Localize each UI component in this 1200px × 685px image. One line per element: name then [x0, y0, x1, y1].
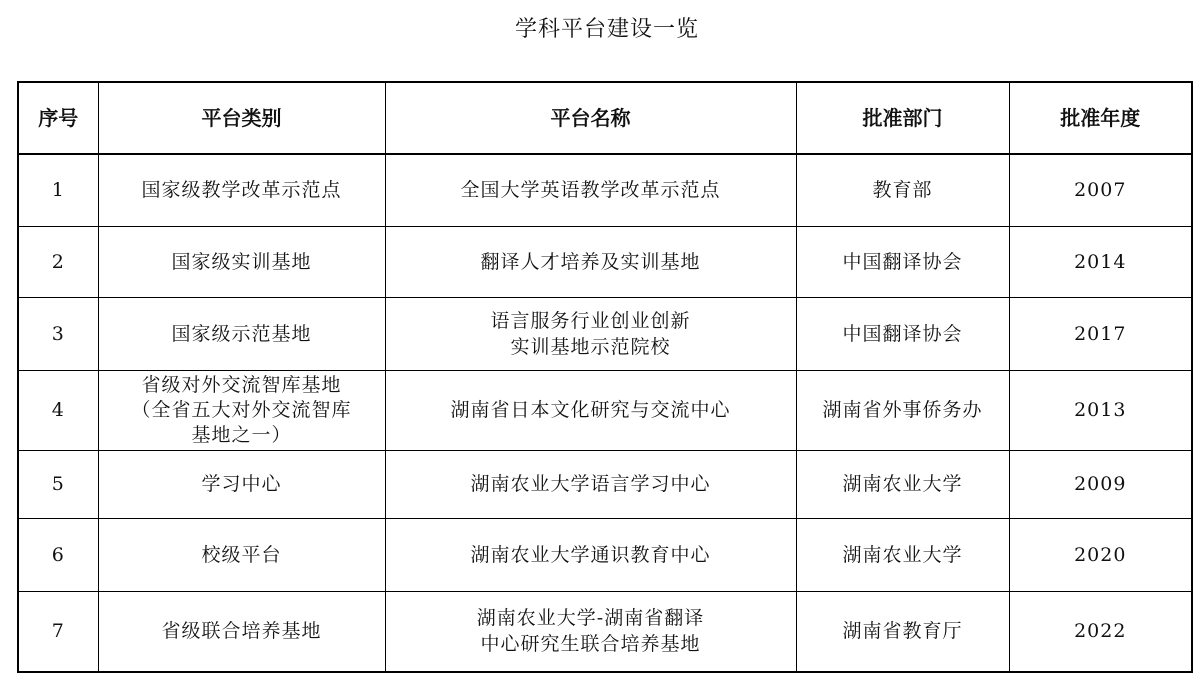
- cell-no: 3: [18, 297, 98, 370]
- cell-dept: 湖南省教育厅: [796, 591, 1009, 672]
- header-category: 平台类别: [98, 82, 385, 154]
- table-row: 6 校级平台 湖南农业大学通识教育中心 湖南农业大学 2020: [18, 518, 1192, 591]
- cell-no: 5: [18, 450, 98, 518]
- cell-year: 2020: [1009, 518, 1192, 591]
- cell-year: 2014: [1009, 226, 1192, 297]
- cell-dept: 教育部: [796, 154, 1009, 226]
- cell-category: 省级对外交流智库基地（全省五大对外交流智库基地之一）: [98, 370, 385, 450]
- cell-year: 2017: [1009, 297, 1192, 370]
- cell-name: 湖南农业大学语言学习中心: [385, 450, 796, 518]
- cell-year: 2007: [1009, 154, 1192, 226]
- cell-no: 7: [18, 591, 98, 672]
- cell-no: 4: [18, 370, 98, 450]
- cell-year: 2009: [1009, 450, 1192, 518]
- cell-year: 2022: [1009, 591, 1192, 672]
- cell-name: 语言服务行业创业创新实训基地示范院校: [385, 297, 796, 370]
- cell-name: 湖南省日本文化研究与交流中心: [385, 370, 796, 450]
- cell-dept: 湖南省外事侨务办: [796, 370, 1009, 450]
- header-no: 序号: [18, 82, 98, 154]
- cell-no: 6: [18, 518, 98, 591]
- cell-category: 省级联合培养基地: [98, 591, 385, 672]
- cell-dept: 湖南农业大学: [796, 518, 1009, 591]
- header-year: 批准年度: [1009, 82, 1192, 154]
- page-title: 学科平台建设一览: [0, 12, 1200, 43]
- cell-category: 国家级教学改革示范点: [98, 154, 385, 226]
- table-row: 1 国家级教学改革示范点 全国大学英语教学改革示范点 教育部 2007: [18, 154, 1192, 226]
- cell-category: 国家级实训基地: [98, 226, 385, 297]
- cell-no: 1: [18, 154, 98, 226]
- cell-no: 2: [18, 226, 98, 297]
- header-name: 平台名称: [385, 82, 796, 154]
- cell-name: 翻译人才培养及实训基地: [385, 226, 796, 297]
- table-row: 2 国家级实训基地 翻译人才培养及实训基地 中国翻译协会 2014: [18, 226, 1192, 297]
- table-header-row: 序号 平台类别 平台名称 批准部门 批准年度: [18, 82, 1192, 154]
- cell-name: 湖南农业大学-湖南省翻译中心研究生联合培养基地: [385, 591, 796, 672]
- table-row: 4 省级对外交流智库基地（全省五大对外交流智库基地之一） 湖南省日本文化研究与交…: [18, 370, 1192, 450]
- cell-name: 湖南农业大学通识教育中心: [385, 518, 796, 591]
- cell-year: 2013: [1009, 370, 1192, 450]
- table-row: 3 国家级示范基地 语言服务行业创业创新实训基地示范院校 中国翻译协会 2017: [18, 297, 1192, 370]
- platform-table: 序号 平台类别 平台名称 批准部门 批准年度 1 国家级教学改革示范点 全国大学…: [17, 81, 1193, 673]
- cell-dept: 中国翻译协会: [796, 226, 1009, 297]
- cell-dept: 中国翻译协会: [796, 297, 1009, 370]
- cell-category: 学习中心: [98, 450, 385, 518]
- cell-name: 全国大学英语教学改革示范点: [385, 154, 796, 226]
- header-dept: 批准部门: [796, 82, 1009, 154]
- cell-category: 校级平台: [98, 518, 385, 591]
- table-row: 5 学习中心 湖南农业大学语言学习中心 湖南农业大学 2009: [18, 450, 1192, 518]
- cell-category: 国家级示范基地: [98, 297, 385, 370]
- table-row: 7 省级联合培养基地 湖南农业大学-湖南省翻译中心研究生联合培养基地 湖南省教育…: [18, 591, 1192, 672]
- cell-dept: 湖南农业大学: [796, 450, 1009, 518]
